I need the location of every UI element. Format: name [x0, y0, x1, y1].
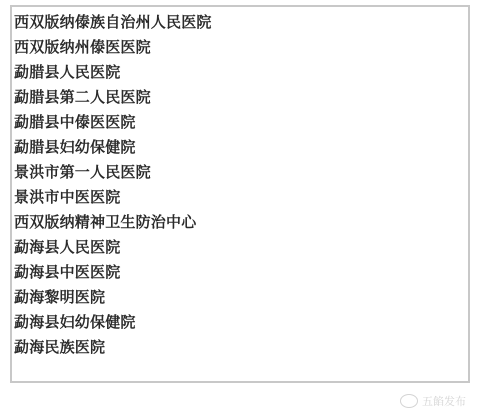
list-item[interactable]: 勐腊县妇幼保健院: [14, 135, 468, 160]
list-item[interactable]: 西双版纳州傣医医院: [14, 35, 468, 60]
list-item[interactable]: 景洪市第一人民医院: [14, 160, 468, 185]
weibo-icon: [400, 394, 418, 408]
list-item[interactable]: 勐腊县中傣医医院: [14, 110, 468, 135]
list-item[interactable]: 勐海民族医院: [14, 335, 468, 360]
hospital-list: 西双版纳傣族自治州人民医院 西双版纳州傣医医院 勐腊县人民医院 勐腊县第二人民医…: [12, 7, 468, 360]
list-item[interactable]: 勐腊县人民医院: [14, 60, 468, 85]
list-item[interactable]: 勐海黎明医院: [14, 285, 468, 310]
list-item[interactable]: 勐海县人民医院: [14, 235, 468, 260]
hospital-listbox[interactable]: 西双版纳傣族自治州人民医院 西双版纳州傣医医院 勐腊县人民医院 勐腊县第二人民医…: [10, 5, 470, 383]
list-item[interactable]: 勐腊县第二人民医院: [14, 85, 468, 110]
list-item[interactable]: 勐海县妇幼保健院: [14, 310, 468, 335]
list-item[interactable]: 西双版纳傣族自治州人民医院: [14, 10, 468, 35]
watermark-text: 五餡发布: [422, 393, 466, 409]
watermark: 五餡发布: [400, 393, 466, 409]
list-item[interactable]: 景洪市中医医院: [14, 185, 468, 210]
list-item[interactable]: 勐海县中医医院: [14, 260, 468, 285]
list-item[interactable]: 西双版纳精神卫生防治中心: [14, 210, 468, 235]
